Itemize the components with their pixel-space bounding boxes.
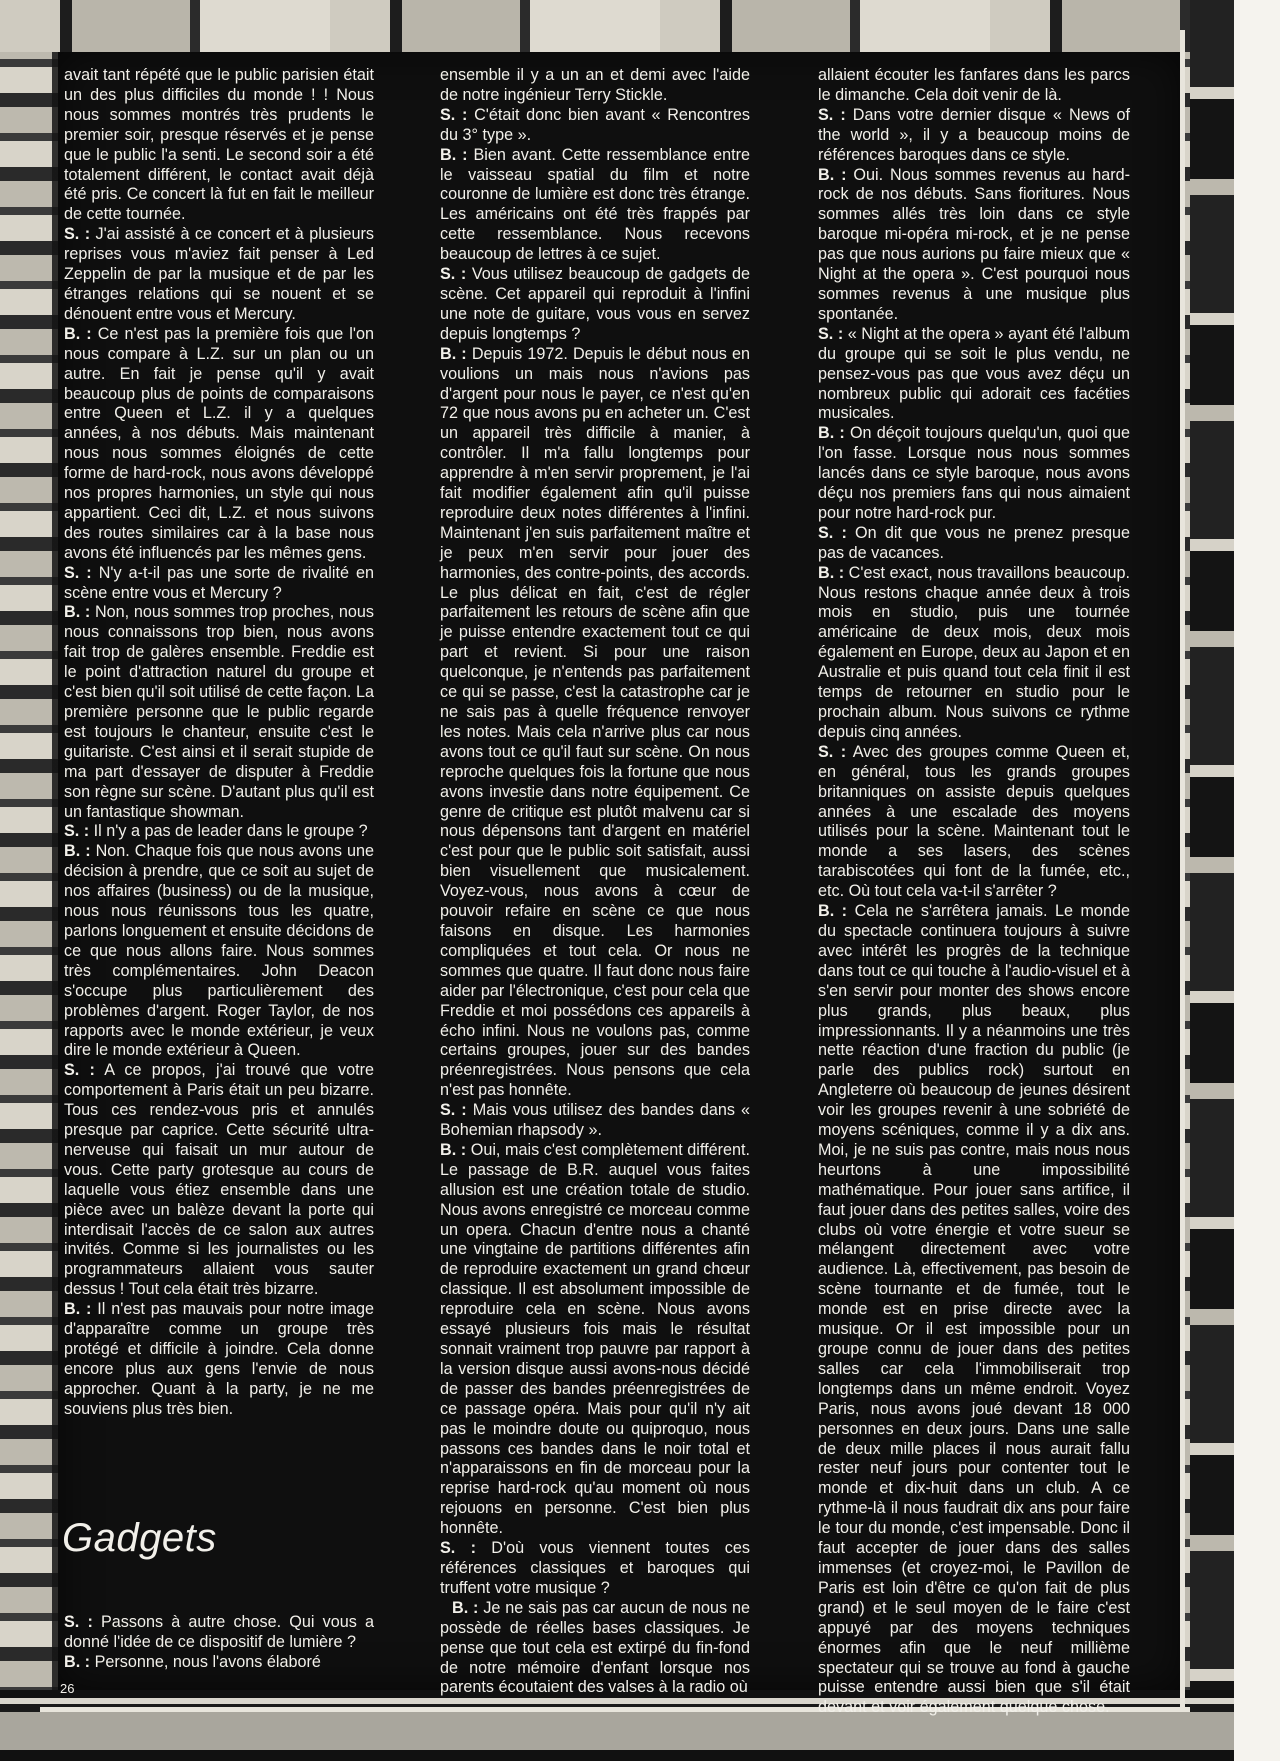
paragraph: S. : A ce propos, j'ai trouvé que votre … <box>64 1061 374 1300</box>
paragraph: allaient écouter les fanfares dans les p… <box>818 66 1130 106</box>
paragraph: ensemble il y a un an et demi avec l'aid… <box>440 66 750 106</box>
paragraph: S. : Vous utilisez beaucoup de gadgets d… <box>440 265 750 345</box>
speaker-label: S. : <box>64 1613 93 1631</box>
speaker-label: B. : <box>818 564 844 582</box>
speaker-label: S. : <box>64 225 90 243</box>
article-column-1: avait tant répété que le public parisien… <box>64 66 374 1420</box>
paragraph: S. : On dit que vous ne prenez presque p… <box>818 524 1130 564</box>
paragraph: B. : Non. Chaque fois que nous avons une… <box>64 842 374 1061</box>
paragraph: B. : Je ne sais pas car aucun de nous ne… <box>440 1599 750 1699</box>
speaker-label: B. : <box>64 603 90 621</box>
photo-frame-right <box>1190 0 1234 1761</box>
paragraph: S. : C'était donc bien avant « Rencontre… <box>440 106 750 146</box>
paragraph: B. : C'est exact, nous travaillons beauc… <box>818 564 1130 743</box>
paragraph: B. : Oui. Nous sommes revenus au hard-ro… <box>818 166 1130 325</box>
paragraph: S. : Passons à autre chose. Qui vous a d… <box>64 1613 374 1653</box>
speaker-label: S. : <box>818 106 846 124</box>
speaker-label: B. : <box>818 166 847 184</box>
speaker-label: B. : <box>64 842 91 860</box>
speaker-label: S. : <box>440 106 467 124</box>
speaker-label: B. : <box>440 345 467 363</box>
speaker-label: B. : <box>64 325 92 343</box>
paragraph: S. : Dans votre dernier disque « News of… <box>818 106 1130 166</box>
paragraph: S. : D'où vous viennent toutes ces référ… <box>440 1539 750 1599</box>
paragraph: B. : Ce n'est pas la première fois que l… <box>64 325 374 564</box>
speaker-label: B. : <box>818 902 847 920</box>
photo-frame-top <box>0 0 1234 52</box>
paragraph: avait tant répété que le public parisien… <box>64 66 374 225</box>
speaker-label: B. : <box>440 146 468 164</box>
speaker-label: B. : <box>818 424 845 442</box>
speaker-label: S. : <box>818 325 843 343</box>
section-heading-gadgets: Gadgets <box>62 1516 217 1561</box>
paragraph: S. : J'ai assisté à ce concert et à plus… <box>64 225 374 325</box>
article-column-2: ensemble il y a un an et demi avec l'aid… <box>440 66 750 1698</box>
speaker-label: S. : <box>440 1101 467 1119</box>
paragraph: S. : Il n'y a pas de leader dans le grou… <box>64 822 374 842</box>
paragraph: S. : Avec des groupes comme Queen et, en… <box>818 743 1130 902</box>
speaker-label: B. : <box>64 1653 90 1671</box>
paragraph: S. : N'y a-t-il pas une sorte de rivalit… <box>64 564 374 604</box>
speaker-label: S. : <box>440 1539 476 1557</box>
speaker-label: S. : <box>64 564 92 582</box>
speaker-label: B. : <box>452 1599 478 1617</box>
speaker-label: S. : <box>64 822 89 840</box>
frame-rule-vertical <box>1180 30 1185 1710</box>
speaker-label: B. : <box>440 1141 466 1159</box>
speaker-label: B. : <box>64 1300 91 1318</box>
paragraph: B. : Depuis 1972. Depuis le début nous e… <box>440 345 750 1101</box>
speaker-label: S. : <box>440 265 466 283</box>
paragraph: B. : Non, nous sommes trop proches, nous… <box>64 603 374 822</box>
article-column-3: allaient écouter les fanfares dans les p… <box>818 66 1130 1718</box>
paragraph: B. : On déçoit toujours quelqu'un, quoi … <box>818 424 1130 524</box>
paragraph: S. : Mais vous utilisez des bandes dans … <box>440 1101 750 1141</box>
paragraph: B. : Il n'est pas mauvais pour notre ima… <box>64 1300 374 1419</box>
paragraph: B. : Cela ne s'arrêtera jamais. Le monde… <box>818 902 1130 1718</box>
paragraph: B. : Bien avant. Cette ressemblance entr… <box>440 146 750 265</box>
paragraph: B. : Personne, nous l'avons élaboré <box>64 1653 374 1673</box>
gadgets-section-text: S. : Passons à autre chose. Qui vous a d… <box>64 1613 374 1673</box>
speaker-label: S. : <box>818 524 847 542</box>
paragraph: B. : Oui, mais c'est complètement différ… <box>440 1141 750 1539</box>
speaker-label: S. : <box>818 743 846 761</box>
paper-margin <box>1234 0 1280 1761</box>
page-number: 26 <box>60 1681 74 1696</box>
paragraph: S. : « Night at the opera » ayant été l'… <box>818 325 1130 425</box>
speaker-label: S. : <box>64 1061 95 1079</box>
